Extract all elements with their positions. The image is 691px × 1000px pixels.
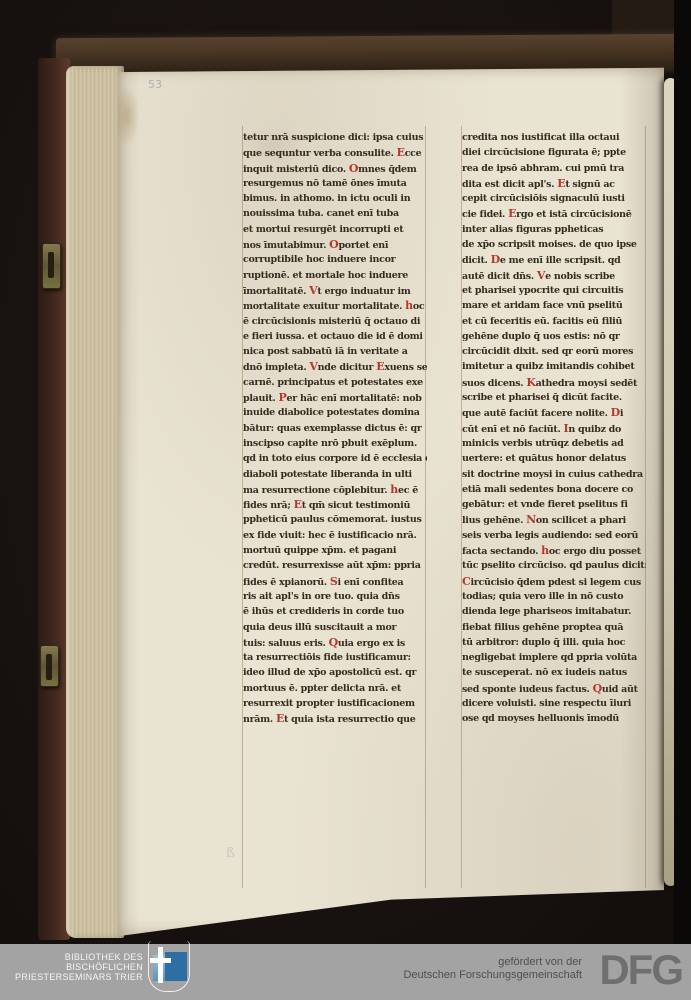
manuscript-text-line: que sequntur verba consulite. Ecce: [243, 145, 427, 160]
manuscript-text-line: que autē faciūt facere nolite. Di: [462, 405, 646, 420]
rubric-initial: V: [309, 360, 317, 373]
manuscript-text-line: ex fide viuit: hec ē iustificacio nrā.: [243, 528, 427, 543]
text-column-right: credita nos iustificat illa octauidiei c…: [462, 130, 646, 727]
manuscript-text-line: inter alias figuras ppheticas: [462, 222, 646, 237]
rubric-initial: C: [462, 575, 470, 588]
manuscript-text-line: tuis: saluus eris. Quia ergo ex is: [243, 635, 427, 650]
rubric-initial: O: [349, 162, 358, 175]
manuscript-text-line: diaboli potestate liberanda in ulti: [243, 467, 427, 482]
manuscript-text-line: etiā mali sedentes bona docere co: [462, 482, 646, 497]
text-column-left: tetur nrā suspicione dici: ipsa cuiusque…: [243, 130, 427, 727]
manuscript-text-line: fides ē xpianorū. Si enī confitea: [243, 574, 427, 589]
manuscript-text-line: et mortui resurgēt incorrupti et: [243, 222, 427, 237]
manuscript-text-line: todias; quia vero ille in nō custo: [462, 589, 646, 604]
manuscript-text-line: e fieri iussa. et octauo die id ē domi: [243, 329, 427, 344]
rubric-initial: O: [329, 238, 338, 251]
credit-text-line: PRIESTERSEMINARS TRIER: [10, 973, 143, 983]
manuscript-text-line: fides nrā; Et qm̄ sicut testimoniū: [243, 497, 427, 512]
rubric-initial: E: [276, 712, 284, 725]
manuscript-text-line: ideo illud de xp̄o apostolicū est. qr: [243, 665, 427, 680]
manuscript-text-line: inscipso capite nrō pbuit exēplum.: [243, 436, 427, 451]
manuscript-text-line: cepit circūcisiōis signaculū iusti: [462, 191, 646, 206]
library-logo-icon: [148, 941, 190, 993]
manuscript-photo: 53 tetur nrā suspicione dici: ipsa cuius…: [0, 0, 691, 1000]
manuscript-text-line: nica post sabbatū iā in veritate a: [243, 344, 427, 359]
manuscript-text-line: circūcidit dixit. sed qr eorū mores: [462, 344, 646, 359]
manuscript-text-line: ē ihūs et credideris in corde tuo: [243, 604, 427, 619]
rubric-initial: Q: [329, 636, 338, 649]
manuscript-text-line: dnō impleta. Vnde dicitur Exuens se: [243, 359, 427, 374]
cross-icon: [150, 958, 171, 963]
manuscript-text-line: bātur: quas exemplasse dictus ē: qr: [243, 421, 427, 436]
manuscript-text-line: mortuū quippe xp̄m. et pagani: [243, 543, 427, 558]
manuscript-text-line: dicit. De me enī ille scripsit. qd: [462, 252, 646, 267]
cross-icon: [158, 947, 163, 983]
dfg-logo: DFG: [599, 948, 682, 992]
rubric-initial: E: [397, 146, 405, 159]
manuscript-text-line: rea de ipsō abhram. cui pmū tra: [462, 161, 646, 176]
manuscript-text-line: plauit. Per hāc enī mortalitatē: nob: [243, 390, 427, 405]
rubric-initial: h: [390, 483, 398, 496]
manuscript-text-line: cie fidei. Ergo et istā circūcisionē: [462, 206, 646, 221]
manuscript-text-line: minicis verbis utrūqz debetis ad: [462, 436, 646, 451]
manuscript-text-line: carnē. principatus et potestates exe: [243, 375, 427, 390]
rubric-initial: K: [526, 376, 535, 389]
manuscript-text-line: suos dicens. Kathedra moysi sedēt: [462, 375, 646, 390]
manuscript-text-line: de xp̄o scripsit moises. de quo ipse: [462, 237, 646, 252]
manuscript-text-line: imitetur a quibz imitandis cohibet: [462, 359, 646, 374]
manuscript-text-line: dita est dicit apl's. Et signū ac: [462, 176, 646, 191]
rubric-initial: D: [491, 253, 500, 266]
rubric-initial: V: [537, 269, 545, 282]
manuscript-text-line: ē circūcisionis misteriū q̄ octauo di: [243, 314, 427, 329]
rubric-initial: P: [279, 391, 287, 404]
manuscript-text-line: autē dicit dn̄s. Ve nobis scribe: [462, 268, 646, 283]
rubric-initial: Q: [593, 682, 602, 695]
manuscript-text-line: sed sponte iudeus factus. Quid aūt: [462, 681, 646, 696]
manuscript-text-line: qd in toto eius corpore id ē ecclesia ex: [243, 451, 427, 466]
credit-text-line: Deutschen Forschungsgemeinschaft: [342, 969, 582, 982]
manuscript-text-line: ta resurrectiōis fide iustificamur:: [243, 650, 427, 665]
manuscript-text-line: te susceperat. nō ex iudeis natus: [462, 665, 646, 680]
rubric-initial: N: [526, 513, 536, 526]
manuscript-text-line: diei circūcisione figurata ē; ppte: [462, 145, 646, 160]
manuscript-text-line: uertere: et quātus honor delatus: [462, 451, 646, 466]
manuscript-text-line: credūt. resurrexisse aūt xp̄m: ppria: [243, 558, 427, 573]
manuscript-text-line: gebātur: et vnde fieret pselitus fi: [462, 497, 646, 512]
clasp-slot: [48, 252, 54, 278]
manuscript-text-line: nos īmutabimur. Oportet enī: [243, 237, 427, 252]
manuscript-text-line: lius gehēne. Non scilicet a phari: [462, 512, 646, 527]
manuscript-text-line: bimus. in athomo. in ictu oculi in: [243, 191, 427, 206]
rubric-initial: E: [376, 360, 384, 373]
footer-banner: BIBLIOTHEK DESBISCHÖFLICHENPRIESTERSEMIN…: [0, 944, 691, 1000]
manuscript-text-line: mortalitate exuitur mortalitate. hoc: [243, 298, 427, 313]
manuscript-text-line: īmortalitatē. Vt ergo induatur im: [243, 283, 427, 298]
manuscript-text-line: negligebat implere qd ppria volūta: [462, 650, 646, 665]
rubric-initial: E: [557, 177, 565, 190]
manuscript-text-line: nrām. Et quia ista resurrectio que: [243, 711, 427, 726]
rubric-initial: h: [405, 299, 413, 312]
manuscript-text-line: seis verba legis audiendo: sed eorū: [462, 528, 646, 543]
manuscript-text-line: Circūcisio q̄dem pdest si legem cus: [462, 574, 646, 589]
dfg-funding-credit: gefördert von derDeutschen Forschungsgem…: [342, 956, 582, 981]
logo-square-dark: [165, 952, 187, 981]
book-top-edge: [56, 34, 688, 74]
manuscript-text-line: cūt enī et nō faciūt. In quibz do: [462, 421, 646, 436]
page-stack-fore-edge: [66, 66, 124, 938]
manuscript-text-line: tūc pselito circūciso. qd paulus dicit:: [462, 558, 646, 573]
rubric-initial: I: [564, 422, 569, 435]
manuscript-text-line: sit doctrine moysi in cuius cathedra: [462, 467, 646, 482]
rubric-initial: D: [611, 406, 620, 419]
manuscript-text-line: tū arbitror: duplo q̄ illi. quia hoc: [462, 635, 646, 650]
manuscript-text-line: facta sectando. hoc ergo diu posset: [462, 543, 646, 558]
rubric-initial: E: [508, 207, 516, 220]
manuscript-text-line: ruptionē. et mortale hoc induere: [243, 268, 427, 283]
manuscript-text-line: mare et aridam face vnū pselitū: [462, 298, 646, 313]
folio-number: 53: [148, 78, 162, 91]
manuscript-text-line: dicere voluisti. sine respectu īiuri: [462, 696, 646, 711]
manuscript-text-line: fiebat filius gehēne proptea quā: [462, 620, 646, 635]
manuscript-text-line: ris ait apl's in ore tuo. quia dn̄s: [243, 589, 427, 604]
manuscript-text-line: inquit misteriū dico. Omnes q̄dem: [243, 161, 427, 176]
manuscript-text-line: dienda lege phariseos imitabatur.: [462, 604, 646, 619]
rubric-initial: E: [294, 498, 302, 511]
clasp-icon: [42, 243, 61, 289]
credit-text-line: gefördert von der: [342, 956, 582, 969]
rubric-initial: S: [330, 575, 338, 588]
manuscript-text-line: quia deus illū suscitauit a mor: [243, 620, 427, 635]
manuscript-text-line: ose qd moyses helluonis īmodū: [462, 711, 646, 726]
manuscript-text-line: et pharisei ypocrite qui circuitis: [462, 283, 646, 298]
ink-bleed-mark: ß: [226, 846, 235, 861]
manuscript-text-line: resurrexit propter iustificacionem: [243, 696, 427, 711]
manuscript-text-line: resurgemus nō tamē ōnes īmuta: [243, 176, 427, 191]
manuscript-text-line: credita nos iustificat illa octaui: [462, 130, 646, 145]
gutter-shadow: [674, 0, 691, 1000]
rubric-initial: V: [309, 284, 317, 297]
manuscript-page: 53 tetur nrā suspicione dici: ipsa cuius…: [118, 66, 664, 938]
manuscript-text-line: nouissima tuba. canet enī tuba: [243, 206, 427, 221]
manuscript-text-line: et cū feceritis eū. facitis eū filiū: [462, 314, 646, 329]
manuscript-text-line: mortuus ē. ppter delicta nrā. et: [243, 681, 427, 696]
clasp-slot: [46, 654, 52, 680]
manuscript-text-line: ma resurrectione cōplebitur. hec ē: [243, 482, 427, 497]
manuscript-text-line: gehēne duplo q̄ uos estis: nō qr: [462, 329, 646, 344]
rubric-initial: h: [541, 544, 549, 557]
manuscript-text-line: corruptibile hoc induere incor: [243, 252, 427, 267]
manuscript-text-line: tetur nrā suspicione dici: ipsa cuius: [243, 130, 427, 145]
manuscript-text-line: ppheticū paulus cōmemorat. iustus: [243, 512, 427, 527]
manuscript-text-line: scribe et pharisei q̄ dicūt facite.: [462, 390, 646, 405]
library-credit: BIBLIOTHEK DESBISCHÖFLICHENPRIESTERSEMIN…: [10, 953, 143, 982]
manuscript-text-line: inuide diabolice potestates domina: [243, 405, 427, 420]
clasp-icon: [40, 645, 59, 687]
